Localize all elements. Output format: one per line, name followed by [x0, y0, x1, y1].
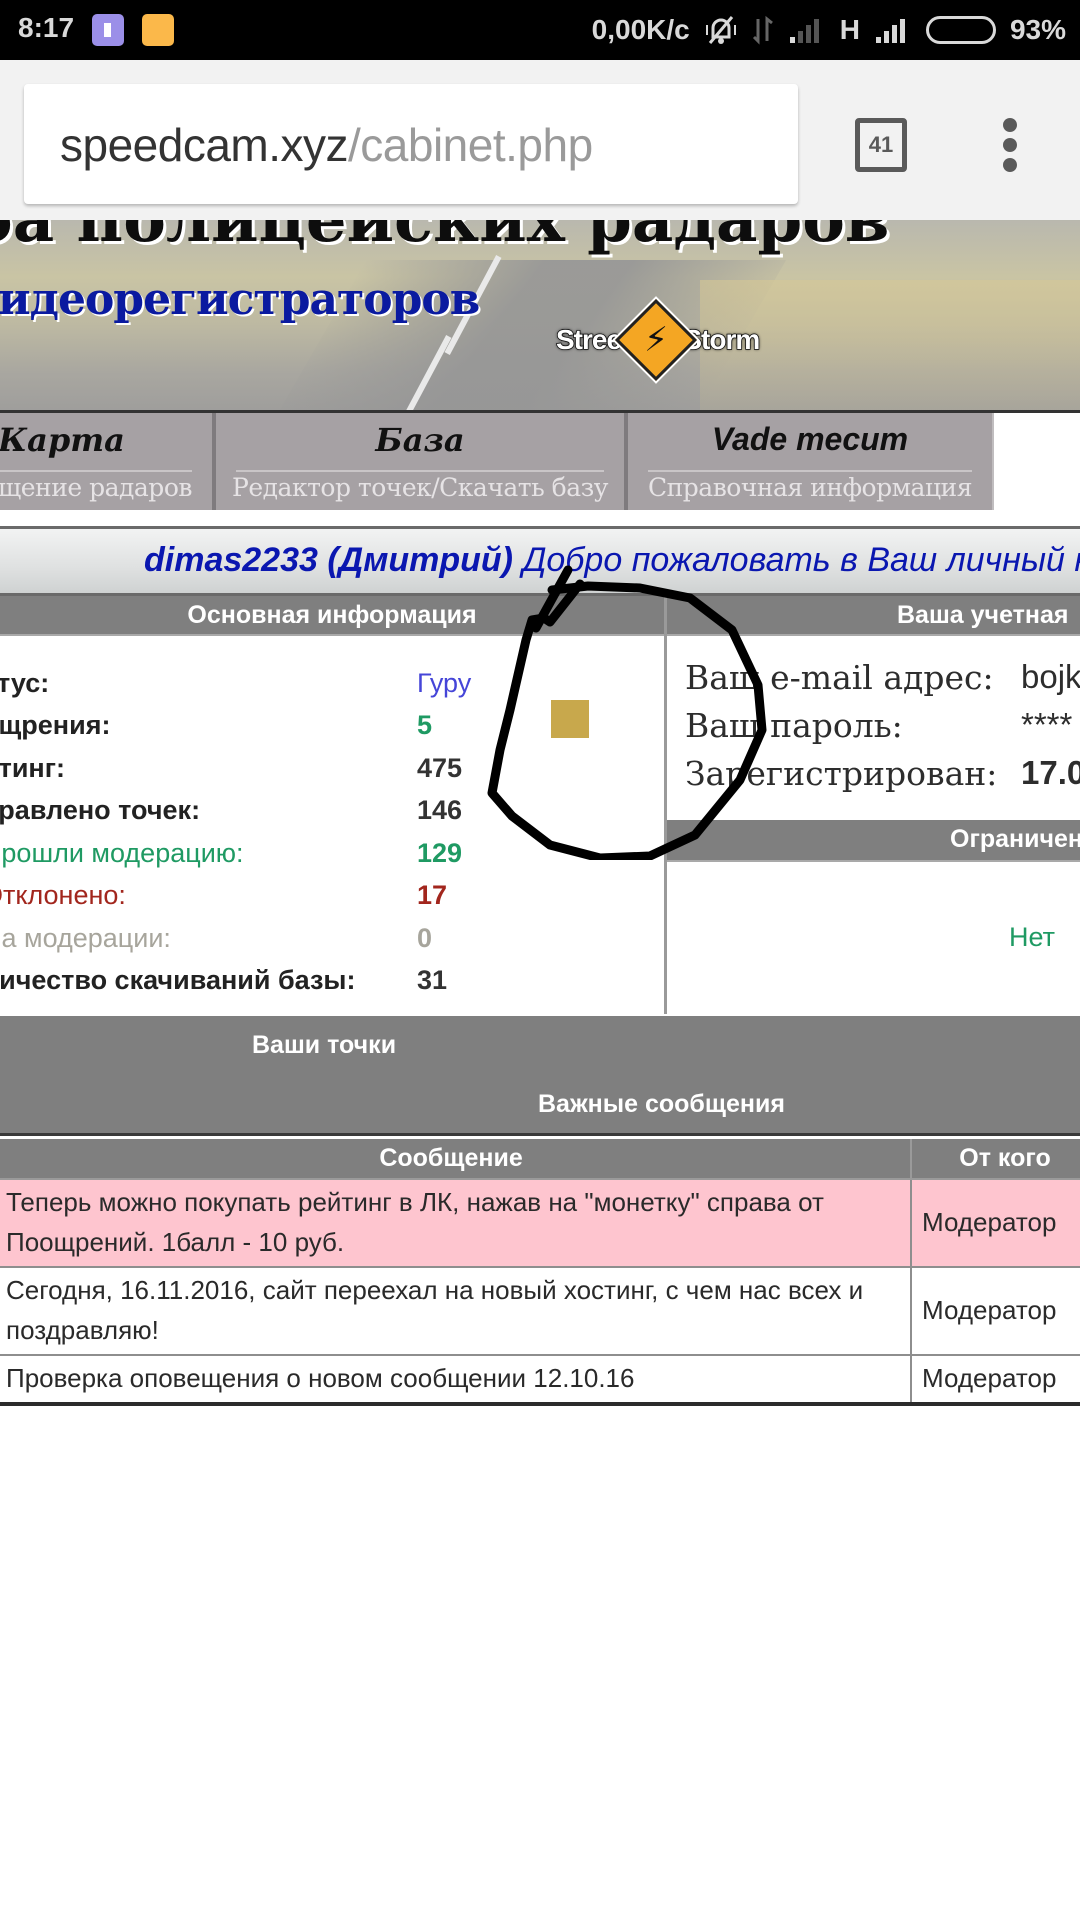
info-value: 146 — [417, 795, 462, 826]
status-bar: 8:17 0,00K/c H 93% — [0, 0, 1080, 60]
table-row: Сегодня, 16.11.2016, сайт переехал на но… — [0, 1267, 1080, 1355]
message-from: Модератор — [911, 1267, 1080, 1355]
account-value: **** — [1021, 706, 1072, 744]
nav-tab-title: Vade mecum — [628, 421, 992, 458]
nav-tab-divider — [236, 470, 604, 472]
account-header: Ваша учетная — [667, 596, 1080, 636]
info-label: атус: — [0, 668, 49, 699]
account-label: Ваш e-mail адрес: — [685, 658, 994, 697]
site-subtitle: идеорегистраторов — [0, 274, 479, 325]
basic-info-panel: Основная информация атус: Гуру ощрения: … — [0, 596, 664, 1016]
important-messages-section: Важные сообщения — [0, 1076, 1080, 1136]
info-label: ощрения: — [0, 710, 110, 741]
more-vert-icon[interactable] — [996, 118, 1024, 174]
welcome-bar: dimas2233 (Дмитрий) Добро пожаловать в В… — [0, 526, 1080, 596]
info-value: 0 — [417, 923, 432, 954]
nav-tab-title: База — [216, 421, 624, 459]
address-bar[interactable]: speedcam.xyz/cabinet.php — [24, 84, 798, 204]
file-notification-icon — [142, 14, 174, 46]
welcome-message: Добро пожаловать в Ваш личный ка — [513, 541, 1080, 579]
info-value: 129 — [417, 838, 462, 869]
site-header-banner: ба полицейских радаров идеорегистраторов… — [0, 220, 1080, 410]
signal-icon — [788, 15, 826, 45]
table-header-row: Сообщение От кого — [0, 1139, 1080, 1179]
message-from: Модератор — [911, 1179, 1080, 1267]
message-from: Модератор — [911, 1355, 1080, 1404]
network-speed: 0,00K/c — [592, 14, 690, 46]
basic-info-header: Основная информация — [0, 596, 664, 636]
info-label: На модерации: — [0, 923, 171, 954]
battery-icon — [926, 16, 996, 44]
url-text[interactable]: speedcam.xyz/cabinet.php — [60, 118, 593, 172]
account-value: bojk — [1021, 658, 1080, 696]
warning-diamond-icon: ⚡ — [615, 299, 697, 381]
nav-tab-subtitle: Редактор точек/Скачать базу — [216, 473, 624, 502]
nav-tab-map[interactable]: Карта щение радаров — [0, 413, 216, 510]
account-panel: Ваша учетная Ваш e-mail адрес: bojk Ваш … — [667, 596, 1080, 1016]
browser-toolbar: speedcam.xyz/cabinet.php 41 — [0, 60, 1080, 220]
bell-muted-icon — [704, 13, 738, 47]
message-text: Сегодня, 16.11.2016, сайт переехал на но… — [0, 1267, 911, 1355]
main-nav: Карта щение радаров База Редактор точек/… — [0, 410, 1080, 510]
table-row: Проверка оповещения о новом сообщении 12… — [0, 1355, 1080, 1404]
account-label: Зарегистрирован: — [685, 754, 997, 793]
username[interactable]: dimas2233 (Дмитрий) — [144, 541, 513, 579]
nav-tab-title: Карта — [0, 421, 212, 459]
nav-tab-database[interactable]: База Редактор точек/Скачать базу — [216, 413, 628, 510]
info-value: 475 — [417, 753, 462, 784]
account-row-email: Ваш e-mail адрес: bojk — [685, 658, 994, 697]
message-text: Теперь можно покупать рейтинг в ЛК, нажа… — [0, 1179, 911, 1267]
info-label: личество скачиваний базы: — [0, 965, 355, 996]
section-title: Важные сообщения — [538, 1076, 785, 1132]
lightning-bolt-icon: ⚡ — [644, 323, 668, 357]
messages-table: Сообщение От кого Теперь можно покупать … — [0, 1139, 1080, 1406]
account-label: Ваш пароль: — [685, 706, 903, 745]
account-value: 17.0 — [1021, 754, 1080, 792]
clock: 8:17 — [18, 12, 74, 44]
url-path: /cabinet.php — [348, 119, 593, 171]
restrictions-header: Ограничен — [667, 820, 1080, 862]
column-header-from: От кого — [911, 1139, 1080, 1179]
nav-tab-divider — [648, 470, 972, 472]
road-decoration — [395, 335, 452, 410]
app-notification-icon — [92, 14, 124, 46]
section-title: Ваши точки — [252, 1016, 396, 1074]
nav-tab-subtitle: щение радаров — [0, 473, 212, 502]
welcome-text: dimas2233 (Дмитрий) Добро пожаловать в В… — [144, 541, 1080, 580]
info-value: 17 — [417, 880, 447, 911]
column-header-message: Сообщение — [0, 1139, 911, 1179]
tab-switcher-button[interactable]: 41 — [855, 118, 907, 172]
nav-tab-vade-mecum[interactable]: Vade mecum Справочная информация — [628, 413, 994, 510]
network-type: H — [840, 14, 860, 46]
your-points-section[interactable]: Ваши точки — [0, 1016, 1080, 1076]
nav-tab-divider — [0, 470, 192, 472]
account-row-password: Ваш пароль: **** — [685, 706, 903, 745]
info-label: Прошли модерацию: — [0, 838, 244, 869]
table-row: Теперь можно покупать рейтинг в ЛК, нажа… — [0, 1179, 1080, 1267]
account-row-registered: Зарегистрирован: 17.0 — [685, 754, 997, 793]
message-text: Проверка оповещения о новом сообщении 12… — [0, 1355, 911, 1404]
signal-icon — [874, 15, 912, 45]
restrictions-value: Нет — [1009, 922, 1055, 953]
streetstorm-logo[interactable]: Street ⚡ Storm — [556, 300, 759, 380]
info-value: 5 — [417, 710, 432, 741]
nav-tab-subtitle: Справочная информация — [628, 473, 992, 502]
info-label: Отклонено: — [0, 880, 126, 911]
battery-percent: 93% — [1010, 14, 1066, 46]
site-title: ба полицейских радаров — [0, 220, 889, 257]
coin-icon[interactable] — [551, 700, 589, 738]
url-domain: speedcam.xyz — [60, 119, 348, 171]
info-label: йтинг: — [0, 753, 65, 784]
info-label: правлено точек: — [0, 795, 200, 826]
data-arrows-icon — [752, 15, 774, 45]
status-icons: 0,00K/c H 93% — [592, 0, 1066, 60]
info-value: Гуру — [417, 668, 471, 699]
info-value: 31 — [417, 965, 447, 996]
